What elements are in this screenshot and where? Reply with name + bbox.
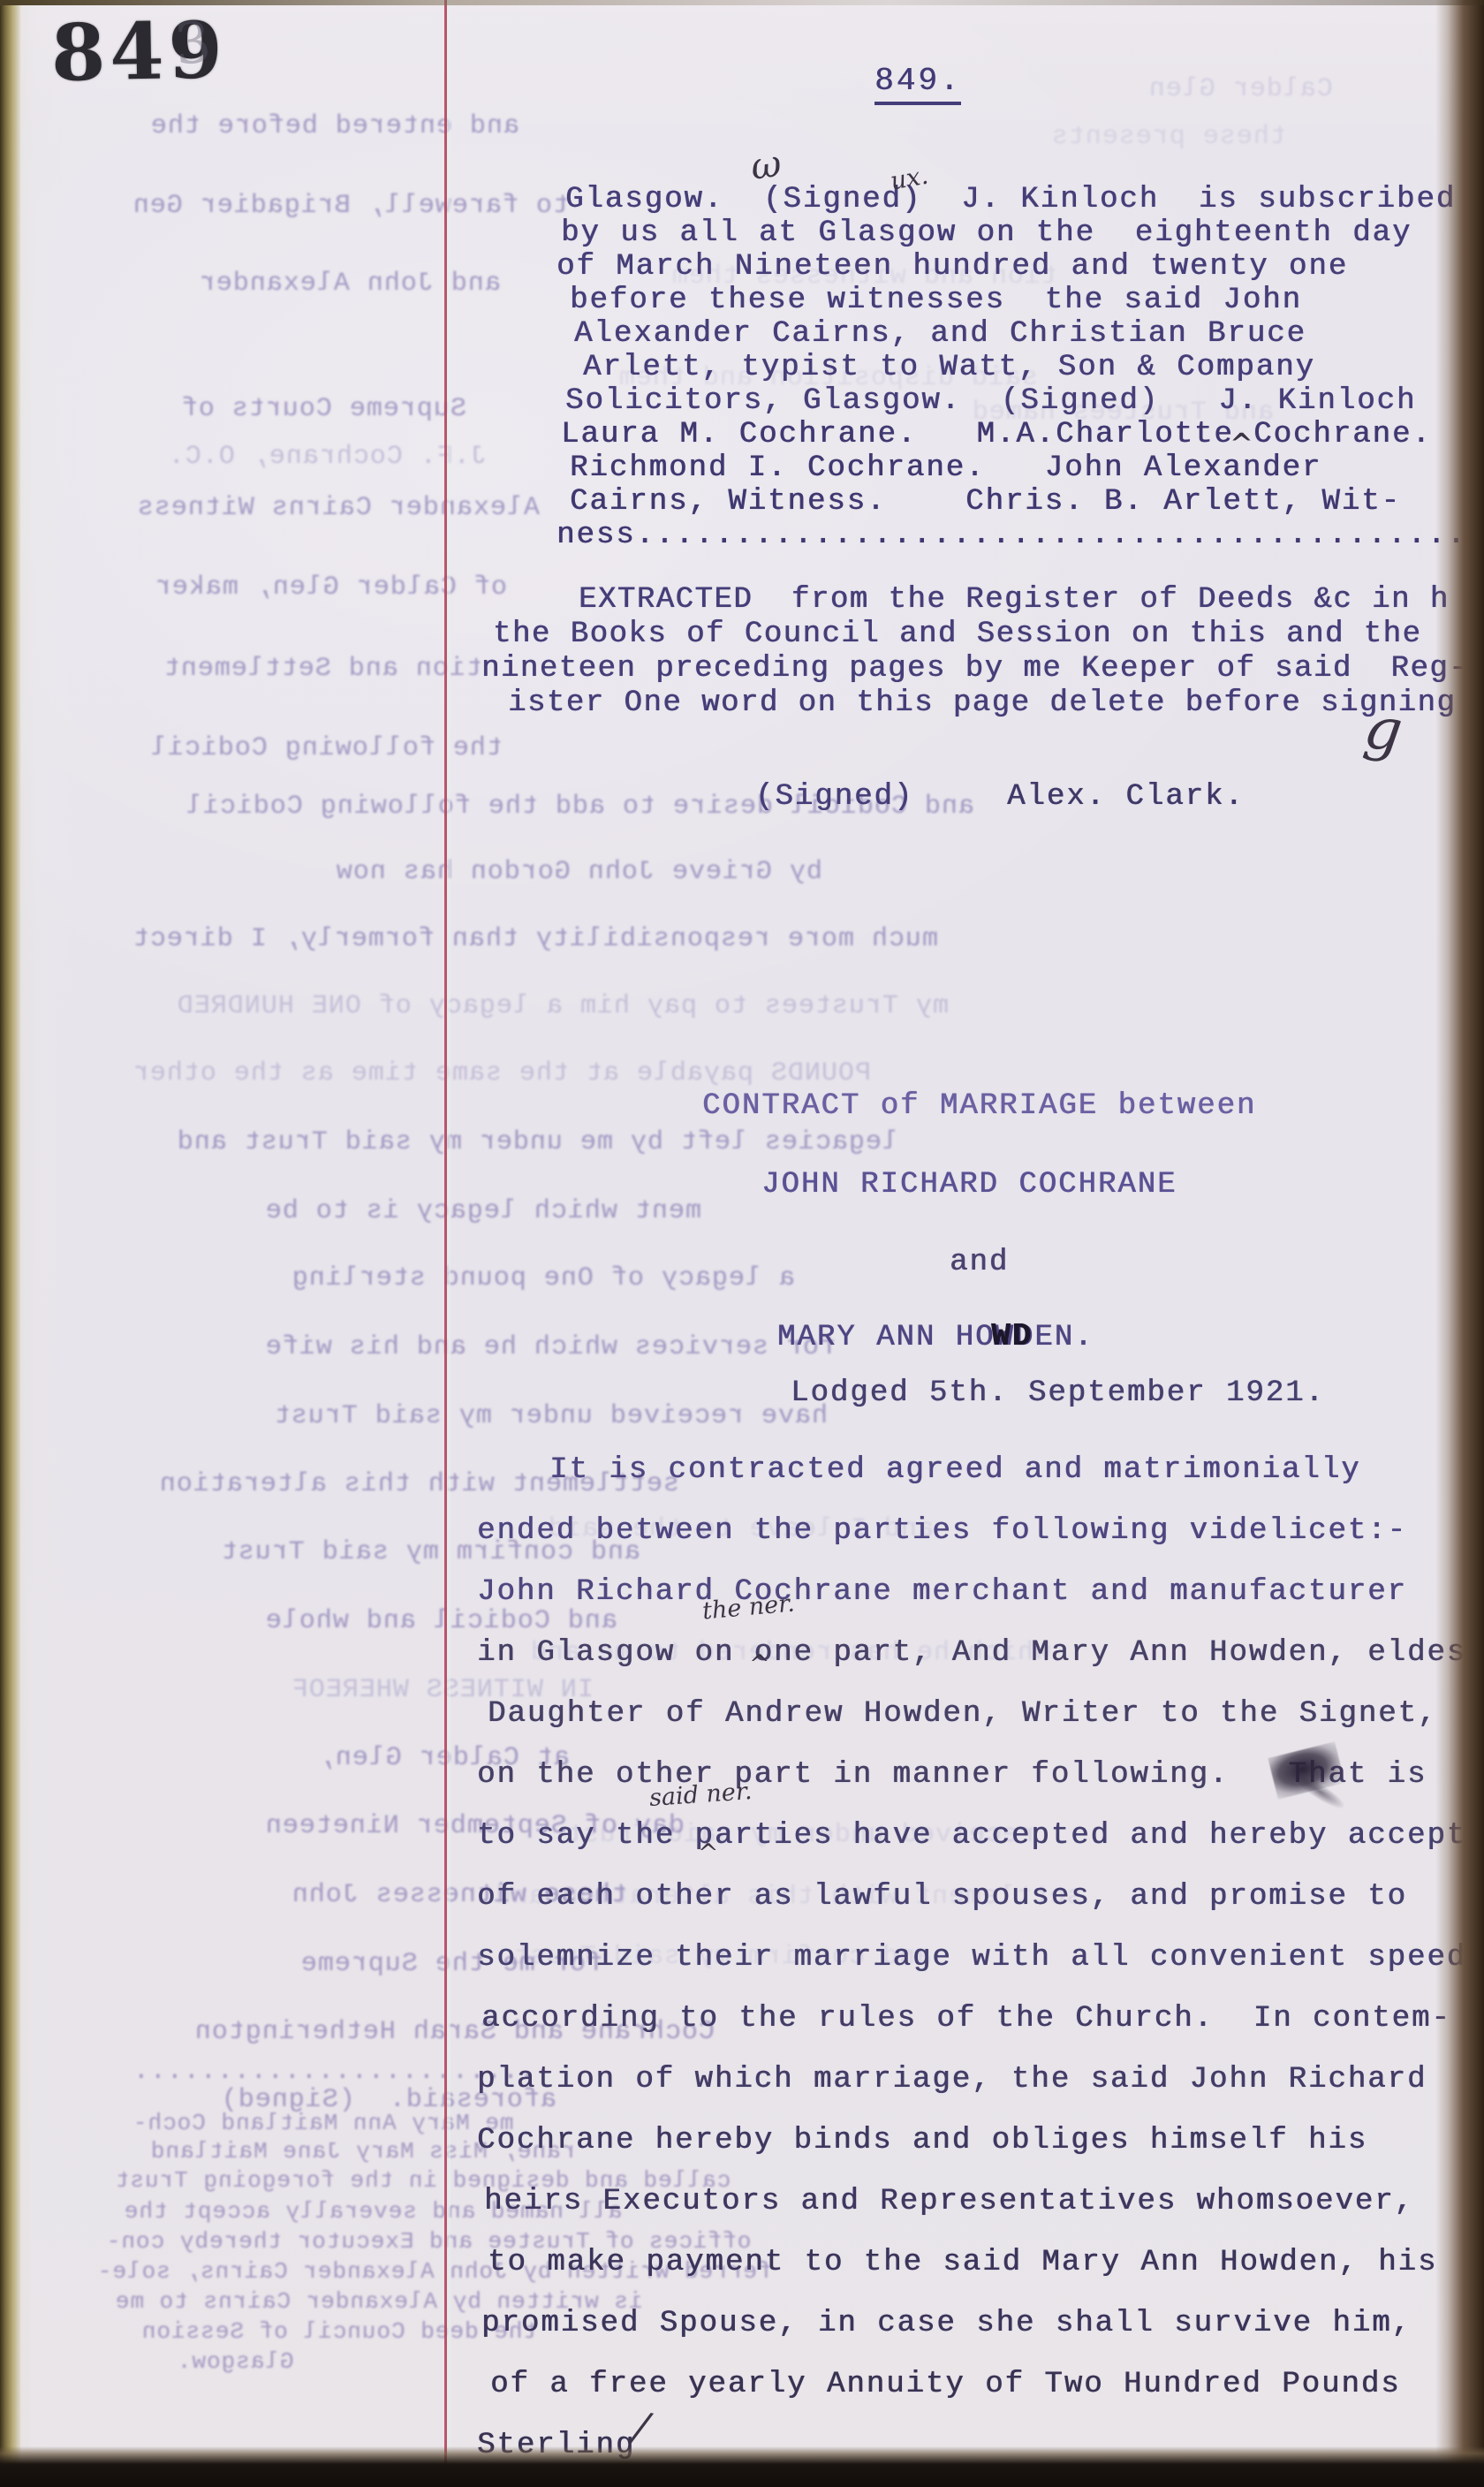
bleedthrough-line: the deed Council of Session (141, 2320, 537, 2343)
handwritten-mark: g (1361, 698, 1406, 761)
bleedthrough-line: me Mary Ann Maitland Coch- (132, 2112, 514, 2134)
handwritten-mark: said ner. (648, 1779, 753, 1810)
typed-line: according to the rules of the Church. In… (481, 2002, 1451, 2036)
typed-line: ness....................................… (556, 519, 1484, 553)
typed-line: Glasgow. (Signed) J. Kinloch is subscrib… (565, 183, 1456, 217)
typed-line: plation of which marriage, the said John… (477, 2063, 1427, 2097)
typed-line: Arlett, typist to Watt, Son & Company (583, 351, 1315, 385)
typed-line: John Richard Cochrane merchant and manuf… (477, 1575, 1407, 1610)
typed-line: of a free yearly Annuity of Two Hundred … (490, 2368, 1401, 2402)
handwritten-mark: / (631, 2406, 651, 2448)
typed-line: the Books of Council and Session on this… (493, 618, 1421, 652)
typed-line: EXTRACTED from the Register of Deeds &c … (579, 583, 1450, 618)
typed-line: to say the parties have accepted and her… (477, 1819, 1466, 1854)
typed-line: It is contracted agreed and matrimoniall… (549, 1453, 1361, 1488)
typed-line: by us all at Glasgow on the eighteenth d… (561, 216, 1412, 251)
bleedthrough-line: my Trustees to pay him a legacy of ONE H… (177, 993, 949, 1020)
bleedthrough-line: and John Alexander (199, 270, 501, 297)
bleedthrough-line: and Codicil and whole (265, 1608, 617, 1634)
typed-line: Alexander Cairns, and Christian Bruce (574, 317, 1306, 352)
bleedthrough-line: Supreme Courts of (181, 396, 466, 422)
typed-line: Cochrane hereby binds and obliges himsel… (477, 2124, 1367, 2158)
bleedthrough-line: for services which he and his wife (265, 1334, 836, 1361)
bleedthrough-line: ........................ (132, 2059, 535, 2085)
handwritten-mark: the ner. (701, 1591, 796, 1623)
typed-line: ister One word on this page delete befor… (508, 686, 1475, 721)
bleedthrough-line: by Grieve John Gordon has now (336, 859, 822, 885)
typed-line: heirs Executors and Representatives whom… (484, 2185, 1414, 2219)
bleedthrough-line: these presents (1051, 124, 1286, 150)
bleedthrough-line: Alexander Cairns Witness (137, 495, 540, 521)
typed-line: solemnize their marriage with all conven… (477, 1941, 1484, 1975)
bleedthrough-line: much more responsibility than formerly, … (132, 926, 938, 952)
page-edge-right (1435, 0, 1484, 2487)
handwritten-mark: WD (991, 1318, 1033, 1354)
handwritten-mark: ux. (889, 163, 930, 194)
bleedthrough-line: POUNDS payable at the same time as the o… (132, 1060, 871, 1087)
typed-page-number: 849. (874, 64, 961, 105)
bleedthrough-line: have received under my said Trust (274, 1403, 828, 1429)
typed-line: Laura M. Cochrane. M.A.Charlotte Cochran… (561, 418, 1432, 452)
handwritten-mark: ^ (749, 1652, 769, 1677)
typed-line: Solicitors, Glasgow. (Signed) J. Kinloch (565, 384, 1416, 419)
handwritten-mark: ^ (698, 1841, 718, 1866)
typed-line: Daughter of Andrew Howden, Writer to the… (488, 1697, 1437, 1732)
bleedthrough-line: ment which legacy is to be (265, 1198, 701, 1225)
heading-line: JOHN RICHARD COCHRANE (761, 1168, 1177, 1202)
keeper-signature-name: Alex. Clark. (1007, 780, 1245, 815)
bleedthrough-line: J.F. Cochrane, O.C. (168, 444, 487, 470)
scanned-register-page: and entered before theto farewell, Briga… (0, 0, 1484, 2487)
heading-line: and (950, 1246, 1009, 1280)
typed-line: of March Nineteen hundred and twenty one (556, 250, 1348, 284)
typed-line: of each other as lawful spouses, and pro… (477, 1880, 1407, 1915)
heading-line: MARY ANN HOWDEN. (777, 1321, 1094, 1355)
typed-line: nineteen preceding pages by me Keeper of… (481, 652, 1468, 686)
typed-line: to make payment to the said Mary Ann How… (488, 2246, 1437, 2280)
page-edge-bottom (0, 2446, 1484, 2487)
handwritten-mark: ^ (1230, 429, 1253, 458)
heading-line: CONTRACT of MARRIAGE between (702, 1089, 1256, 1124)
bleedthrough-line: and entered before the (150, 113, 519, 140)
page-stamp-ghost: 3 (172, 14, 214, 74)
red-margin-line-halo (447, 0, 450, 2487)
signed-label: (Signed) (755, 780, 913, 815)
typed-line: in Glasgow on one part, And Mary Ann How… (477, 1636, 1484, 1671)
typed-line: promised Spouse, in case she shall survi… (481, 2307, 1412, 2341)
bleedthrough-line: of Calder Glen, maker (155, 574, 507, 601)
typed-line: Richmond I. Cochrane. John Alexander (570, 451, 1321, 486)
page-edge-left (0, 0, 21, 2487)
typed-line: before these witnesses the said John (570, 284, 1302, 318)
heading-line: Lodged 5th. September 1921. (791, 1376, 1325, 1411)
typed-line: Cairns, Witness. Chris. B. Arlett, Wit- (570, 485, 1401, 519)
bleedthrough-line: Glasgow. (177, 2350, 294, 2373)
bleedthrough-line: Calder Glen (1148, 76, 1333, 102)
bleedthrough-line: to farewell, Brigadier Gen (132, 193, 569, 219)
page-edge-top (0, 0, 1484, 5)
typed-line: ended between the parties following vide… (477, 1514, 1407, 1549)
bleedthrough-line: a legacy of One pound sterling (291, 1265, 795, 1292)
bleedthrough-line: legacies left by me under my said Trust … (177, 1129, 898, 1156)
handwritten-mark: ω (748, 145, 784, 186)
bleedthrough-line: tion and Settlement (163, 656, 482, 682)
